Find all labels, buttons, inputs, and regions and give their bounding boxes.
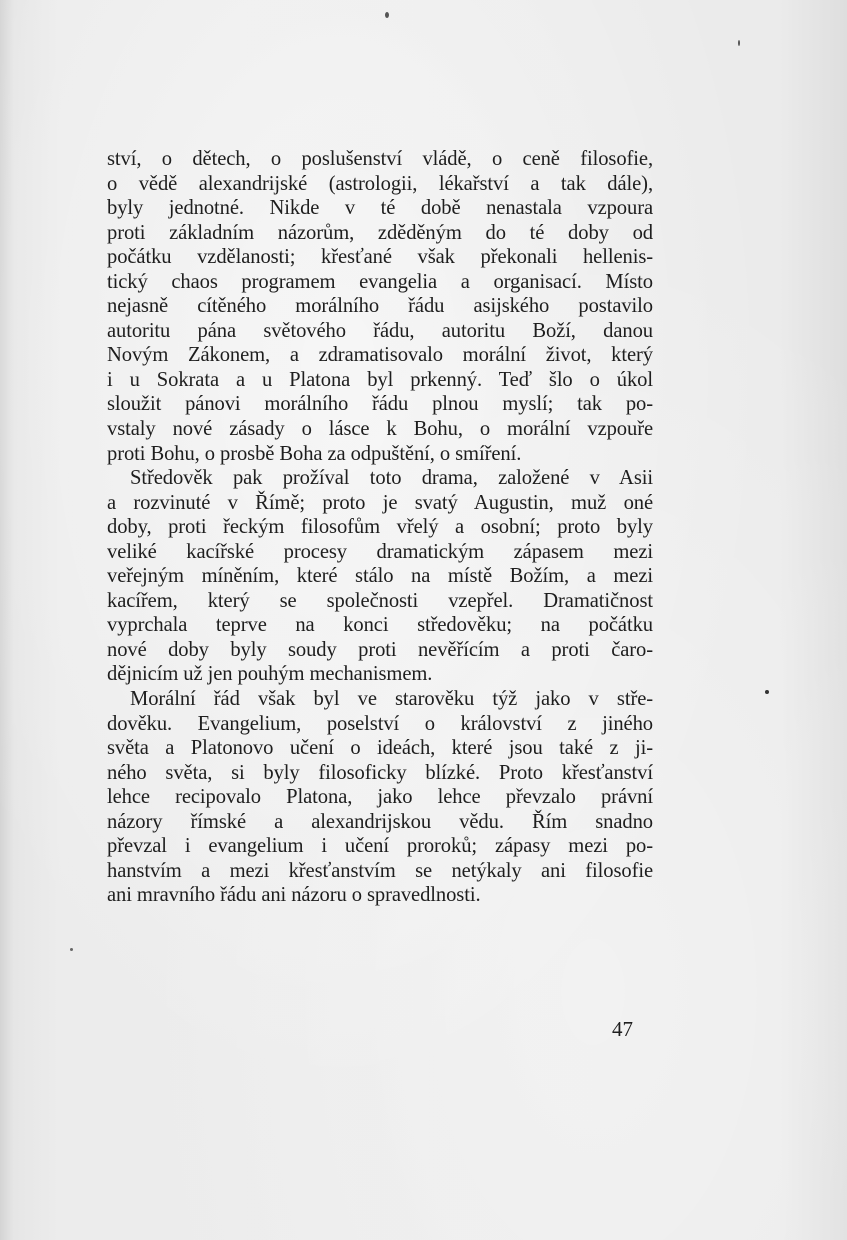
text-line: počátku vzdělanosti; křesťané však překo…: [107, 245, 653, 270]
text-line: převzal i evangelium i učení proroků; zá…: [107, 834, 653, 859]
text-line: proti základním názorům, zděděným do té …: [107, 221, 653, 246]
scan-speck: [765, 690, 769, 694]
text-line: a rozvinuté v Římě; proto je svatý Augus…: [107, 491, 653, 516]
text-line: dověku. Evangelium, poselství o královst…: [107, 712, 653, 737]
text-line: proti Bohu, o prosbě Boha za odpuštění, …: [107, 442, 653, 467]
text-line: i u Sokrata a u Platona byl prkenný. Teď…: [107, 368, 653, 393]
text-line: světa a Platonovo učení o ideách, které …: [107, 736, 653, 761]
text-line: nejasně cítěného morálního řádu asijskéh…: [107, 294, 653, 319]
scan-speck: [70, 948, 73, 951]
text-line: ani mravního řádu ani názoru o spravedln…: [107, 883, 653, 908]
text-line: doby, proti řeckým filosofům vřelý a oso…: [107, 515, 653, 540]
text-line: ného světa, si byly filosoficky blízké. …: [107, 761, 653, 786]
text-line: Středověk pak prožíval toto drama, založ…: [107, 466, 653, 491]
body-text: ství, o dětech, o poslušenství vládě, o …: [107, 147, 653, 908]
text-line: kacířem, který se společnosti vzepřel. D…: [107, 589, 653, 614]
book-page: ství, o dětech, o poslušenství vládě, o …: [0, 0, 847, 1240]
page-number: 47: [612, 1016, 633, 1042]
text-line: hanstvím a mezi křesťanstvím se netýkaly…: [107, 859, 653, 884]
text-line: Morální řád však byl ve starověku týž ja…: [107, 687, 653, 712]
text-line: sloužit pánovi morálního řádu plnou mysl…: [107, 392, 653, 417]
text-line: názory římské a alexandrijskou vědu. Řím…: [107, 810, 653, 835]
text-line: autoritu pána světového řádu, autoritu B…: [107, 319, 653, 344]
text-line: tický chaos programem evangelia a organi…: [107, 270, 653, 295]
text-line: Novým Zákonem, a zdramatisovalo morální …: [107, 343, 653, 368]
text-line: byly jednotné. Nikde v té době nenastala…: [107, 196, 653, 221]
text-line: o vědě alexandrijské (astrologii, lékařs…: [107, 172, 653, 197]
text-line: ství, o dětech, o poslušenství vládě, o …: [107, 147, 653, 172]
text-line: nové doby byly soudy proti nevěřícím a p…: [107, 638, 653, 663]
scan-speck: [738, 40, 740, 46]
text-line: vstaly nové zásady o lásce k Bohu, o mor…: [107, 417, 653, 442]
text-line: vyprchala teprve na konci středověku; na…: [107, 613, 653, 638]
text-line: dějnicím už jen pouhým mechanismem.: [107, 662, 653, 687]
scan-speck: [385, 12, 389, 18]
text-line: veřejným míněním, které stálo na místě B…: [107, 564, 653, 589]
text-line: lehce recipovalo Platona, jako lehce pře…: [107, 785, 653, 810]
text-line: veliké kacířské procesy dramatickým zápa…: [107, 540, 653, 565]
